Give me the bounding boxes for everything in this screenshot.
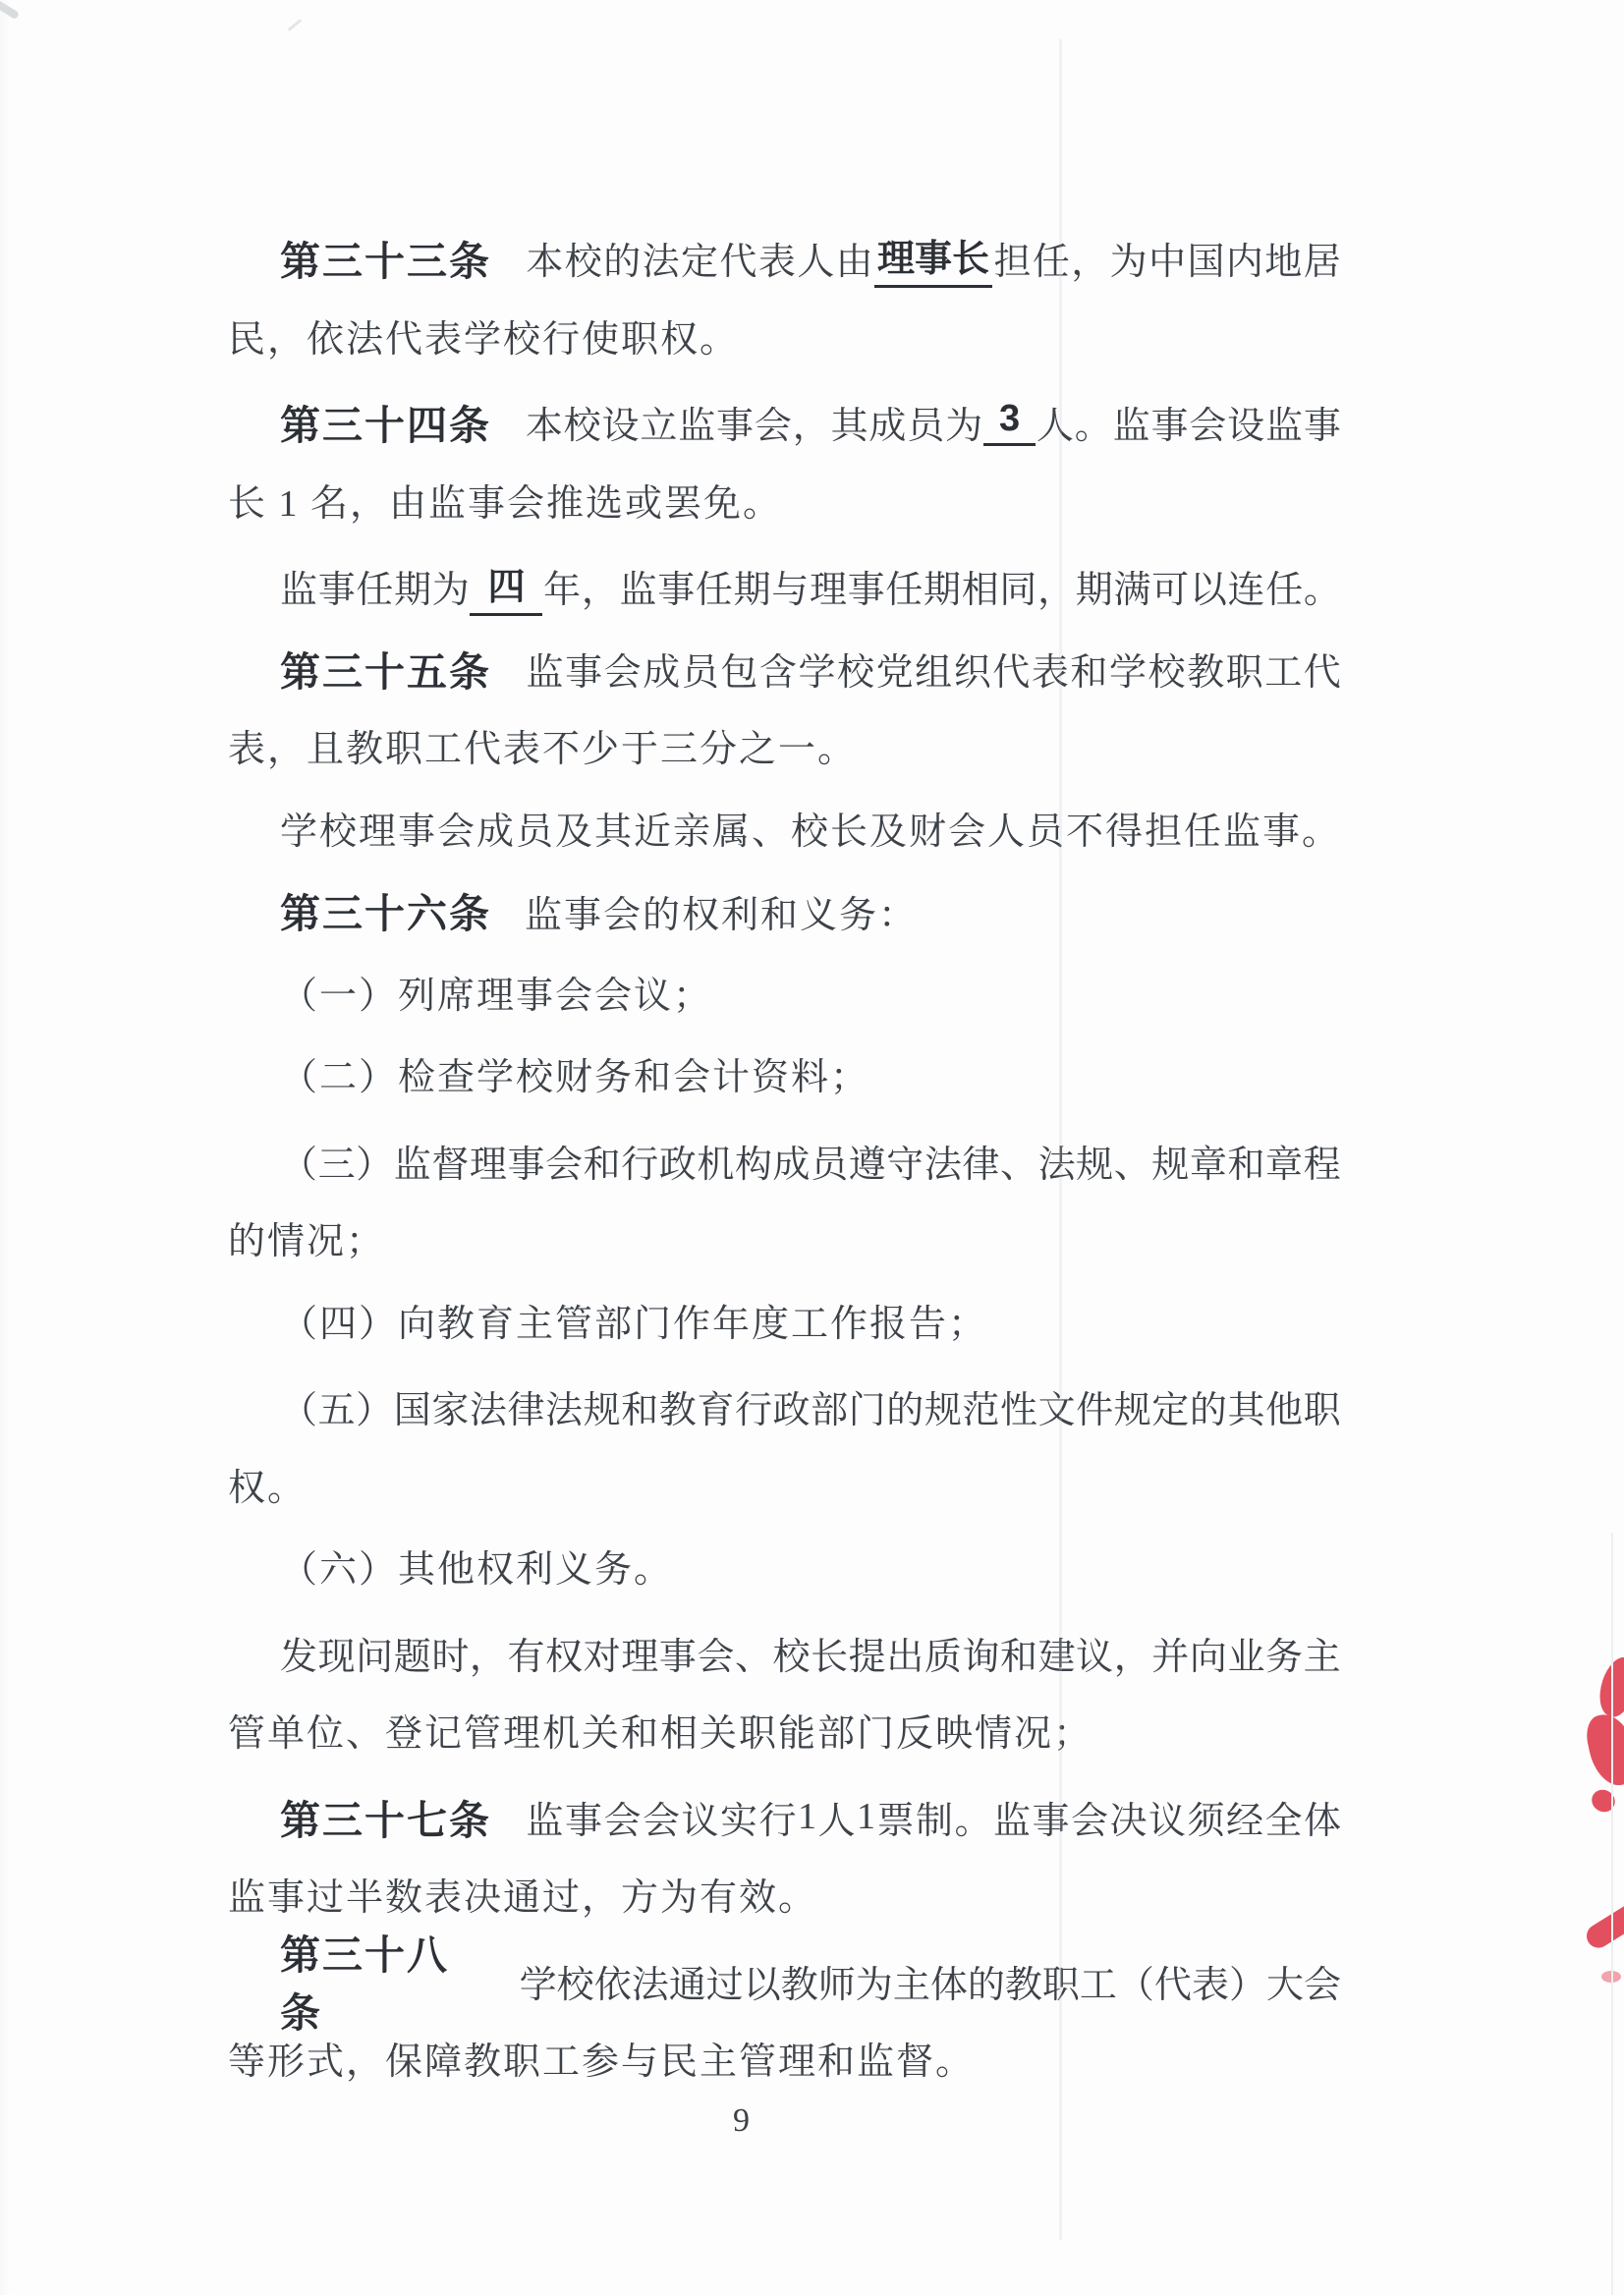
body-text: ） <box>356 1134 393 1188</box>
document-page: 第三十三条本校的法定代表人由理事长担任，为中国内地居民，依法代表学校行使职权。第… <box>0 0 1624 2295</box>
body-text: 监 <box>620 559 657 613</box>
body-text: 职 <box>1304 1379 1341 1433</box>
body-text: 其 <box>831 395 868 449</box>
body-text: 法 <box>1038 1134 1076 1188</box>
document-line: （三）监督理事会和行政机构成员遵守法律、法规、规章和章程 <box>228 1120 1341 1203</box>
body-text: 和 <box>621 1379 658 1433</box>
body-text: 。 <box>1304 559 1341 613</box>
body-text: 期 <box>394 559 431 613</box>
body-text: 法 <box>470 1379 507 1433</box>
body-text: 党 <box>876 642 914 696</box>
page-number: 9 <box>733 2102 750 2140</box>
body-text: 任 <box>356 559 393 613</box>
body-text: 事 <box>716 395 754 449</box>
body-text: ， <box>1037 559 1075 613</box>
body-text: 大 <box>1266 1954 1304 2008</box>
body-text: 期 <box>924 559 961 613</box>
body-text: 理 <box>810 559 847 613</box>
body-text: 。 <box>954 1790 991 1844</box>
body-text: 章 <box>1265 1134 1303 1188</box>
body-text: 可 <box>1151 559 1189 613</box>
document-line: 民，依法代表学校行使职权。 <box>228 300 1341 382</box>
body-text: 部 <box>811 1379 848 1433</box>
body-text: 学 <box>1109 642 1147 696</box>
body-text: 督 <box>431 1134 469 1188</box>
body-text: （ <box>280 1134 317 1188</box>
body-text: 会 <box>545 1134 583 1188</box>
body-text: 理 <box>470 1134 507 1188</box>
body-text: （四）向教育主管部门作年度工作报告； <box>280 1304 987 1345</box>
body-text: 、 <box>735 1626 772 1680</box>
body-text: 为 <box>1110 231 1148 285</box>
body-text: 国 <box>394 1379 431 1433</box>
body-text: 法 <box>545 1379 583 1433</box>
body-text: 程 <box>1304 1134 1341 1188</box>
body-text: 遵 <box>849 1134 886 1188</box>
body-text: 教 <box>1187 642 1224 696</box>
body-text: 表 <box>1032 642 1069 696</box>
body-text: 事 <box>318 559 356 613</box>
document-line: 权。 <box>228 1448 1341 1531</box>
article-number: 第三十七条 <box>280 1788 491 1846</box>
filled-in-value: 理事长 <box>874 228 992 288</box>
article-number: 第三十五条 <box>280 640 491 698</box>
body-text: 经 <box>1226 1790 1263 1844</box>
body-text: 议 <box>1076 1626 1113 1680</box>
body-text: 性 <box>1000 1379 1037 1433</box>
body-text: 1 <box>798 1795 816 1838</box>
body-text: 教 <box>1005 1954 1042 2008</box>
body-text: 担 <box>993 231 1031 285</box>
body-text: 为 <box>856 1954 893 2008</box>
body-text: 业 <box>1227 1626 1264 1680</box>
body-text: 票 <box>876 1790 914 1844</box>
body-text: 监事过半数表决通过，方为有效。 <box>228 1877 817 1919</box>
body-text: 以 <box>744 1954 781 2008</box>
body-text: 询 <box>962 1626 999 1680</box>
body-text: 民，依法代表学校行使职权。 <box>228 319 739 361</box>
body-text: 员 <box>907 395 944 449</box>
document-line: 第三十四条本校设立监事会，其成员为3人。监事会设监事 <box>228 381 1341 464</box>
body-text: 地 <box>1264 231 1302 285</box>
body-text: 三 <box>318 1134 356 1188</box>
body-text: 由 <box>836 231 873 285</box>
body-text: 任 <box>885 559 923 613</box>
body-text: 任 <box>1265 559 1303 613</box>
body-text: 议 <box>1148 1790 1186 1844</box>
body-text: 须 <box>1187 1790 1224 1844</box>
body-text: 守 <box>886 1134 924 1188</box>
body-text: 行 <box>735 1379 772 1433</box>
body-text: 教 <box>781 1954 818 2008</box>
body-text: （二）检查学校财务和会计资料； <box>280 1057 869 1098</box>
body-text: 成 <box>773 1134 811 1188</box>
body-text: 代 <box>1304 642 1341 696</box>
body-text: 为 <box>945 395 982 449</box>
body-text: ） <box>1229 1954 1266 2008</box>
body-text: 规 <box>1114 1379 1151 1433</box>
body-text: 事 <box>1150 395 1188 449</box>
body-text: 监 <box>678 395 715 449</box>
document-line: 的情况； <box>228 1202 1341 1284</box>
body-text: ， <box>1071 231 1108 285</box>
document-line: 第三十八条学校依法通过以教师为主体的教职工（代表）大会 <box>228 1940 1341 2023</box>
body-text: （ <box>1117 1954 1154 2008</box>
body-text: 和 <box>1000 1626 1037 1680</box>
body-text: 本 <box>526 231 563 285</box>
body-text: 国 <box>1187 231 1224 285</box>
document-line: 学校理事会成员及其近亲属、校长及财会人员不得担任监事。 <box>228 792 1341 874</box>
body-text: 表，且教职工代表不少于三分之一。 <box>228 729 857 770</box>
body-text: 师 <box>818 1954 856 2008</box>
scan-artifact-corner <box>0 0 20 20</box>
body-text: 时 <box>431 1626 469 1680</box>
body-text: 组 <box>915 642 952 696</box>
body-text: 构 <box>735 1134 772 1188</box>
body-text: 事 <box>1304 395 1341 449</box>
body-text: 政 <box>773 1379 811 1433</box>
body-text: 期 <box>1076 559 1113 613</box>
body-text: 体 <box>1304 1790 1341 1844</box>
body-text: 满 <box>1113 559 1150 613</box>
body-text: 监 <box>394 1134 431 1188</box>
body-text: 设 <box>1227 395 1264 449</box>
body-text: ， <box>582 559 619 613</box>
body-text: 员 <box>811 1134 848 1188</box>
document-line: （四）向教育主管部门作年度工作报告； <box>228 1284 1341 1367</box>
body-text: 中 <box>1148 231 1186 285</box>
article-number: 第三十四条 <box>280 393 491 451</box>
body-text: 监 <box>1265 395 1303 449</box>
body-text: 事 <box>657 559 695 613</box>
body-text: （一）列席理事会会议； <box>280 976 712 1017</box>
document-line: （六）其他权利义务。 <box>228 1530 1341 1612</box>
body-text: 教 <box>659 1379 697 1433</box>
body-text: 校 <box>773 1626 811 1680</box>
body-text: 长 1 名，由监事会推选或罢免。 <box>228 483 782 525</box>
body-text: 议 <box>681 1790 718 1844</box>
red-seal-fragment <box>1583 1709 1624 1790</box>
body-text: 过 <box>706 1954 744 2008</box>
body-text: 权。 <box>228 1468 307 1509</box>
body-text: 校 <box>557 1954 594 2008</box>
body-text: 和 <box>1070 642 1107 696</box>
body-text: 人 <box>1036 395 1074 449</box>
body-text: 校 <box>1148 642 1186 696</box>
body-text: 事 <box>565 1790 602 1844</box>
body-text: 制 <box>916 1790 953 1844</box>
body-text: 同 <box>999 559 1036 613</box>
body-text: 代 <box>992 642 1030 696</box>
body-text: 法 <box>643 231 680 285</box>
body-text: 规 <box>1076 1134 1113 1188</box>
body-text: 事 <box>1032 1790 1069 1844</box>
body-text: 、 <box>1000 1134 1037 1188</box>
body-text: 居 <box>1304 231 1341 285</box>
body-text: 其 <box>1227 1379 1264 1433</box>
body-text: 代 <box>1154 1954 1192 2008</box>
body-text: 监 <box>1113 395 1150 449</box>
body-text: 人 <box>797 231 834 285</box>
document-line: （五）国家法律法规和教育行政部门的规范性文件规定的其他职 <box>228 1366 1341 1448</box>
body-text: 会 <box>697 1626 734 1680</box>
body-text: 成 <box>643 642 680 696</box>
body-text: 质 <box>924 1626 962 1680</box>
body-text: 工 <box>1264 642 1302 696</box>
body-text: 等形式，保障教职工参与民主管理和监督。 <box>228 2042 975 2083</box>
body-text: 建 <box>1038 1626 1076 1680</box>
body-text: 监 <box>993 1790 1031 1844</box>
body-text: 现 <box>318 1626 356 1680</box>
body-text: 和 <box>1227 1134 1264 1188</box>
body-text: ， <box>470 1626 507 1680</box>
body-text: （六）其他权利义务。 <box>280 1549 673 1591</box>
body-text: 决 <box>1109 1790 1147 1844</box>
body-text: 提 <box>849 1626 886 1680</box>
body-text: 规 <box>584 1379 621 1433</box>
body-text: 法 <box>924 1134 962 1188</box>
body-text: 有 <box>507 1626 544 1680</box>
article-number: 第三十三条 <box>280 229 491 287</box>
body-text: 行 <box>621 1134 658 1188</box>
body-text: 务 <box>1265 1626 1303 1680</box>
body-text: 任 <box>696 559 733 613</box>
body-text: 范 <box>962 1379 999 1433</box>
body-text: 员 <box>682 642 719 696</box>
body-text: 监事会的权利和义务： <box>525 895 918 936</box>
body-text: 校 <box>564 395 601 449</box>
scan-artifact-smudge <box>288 19 302 31</box>
document-line: （一）列席理事会会议； <box>228 956 1341 1038</box>
body-text: 期 <box>734 559 771 613</box>
body-text: 学 <box>798 642 835 696</box>
body-text: 长 <box>811 1626 848 1680</box>
body-text: 件 <box>1076 1379 1113 1433</box>
body-text: 的 <box>1190 1379 1227 1433</box>
document-line: 第三十六条监事会的权利和义务： <box>228 873 1341 956</box>
body-text: 包 <box>720 642 757 696</box>
document-line: 第三十七条监事会会议实行1人1票制。监事会决议须经全体 <box>228 1776 1341 1859</box>
body-text: 通 <box>669 1954 706 2008</box>
body-text: 设 <box>602 395 640 449</box>
body-text: 表 <box>1192 1954 1229 2008</box>
body-text: 并 <box>1151 1626 1189 1680</box>
filled-in-value: 3 <box>983 398 1036 446</box>
body-text: 法 <box>632 1954 669 2008</box>
body-text: 相 <box>962 559 999 613</box>
body-text: 理 <box>621 1626 658 1680</box>
body-text: 年 <box>543 559 581 613</box>
body-text: 规 <box>1151 1134 1189 1188</box>
body-text: 他 <box>1265 1379 1303 1433</box>
body-text: 校 <box>565 231 602 285</box>
body-text: 会 <box>1189 395 1226 449</box>
document-body: 第三十三条本校的法定代表人由理事长担任，为中国内地居民，依法代表学校行使职权。第… <box>228 217 1341 2104</box>
body-text: 立 <box>640 395 677 449</box>
body-text: ， <box>793 395 830 449</box>
article-number: 第三十六条 <box>280 891 491 936</box>
document-line: 管单位、登记管理机关和相关职能部门反映情况； <box>228 1694 1341 1776</box>
body-text: 校 <box>837 642 874 696</box>
body-text: 事 <box>565 642 602 696</box>
body-text: 权 <box>545 1626 583 1680</box>
body-text: ， <box>1114 1626 1151 1680</box>
body-text: 会 <box>643 1790 680 1844</box>
body-text: 题 <box>394 1626 431 1680</box>
body-text: 职 <box>1226 642 1263 696</box>
document-line: （二）检查学校财务和会计资料； <box>228 1037 1341 1120</box>
body-text: 学 <box>520 1954 557 2008</box>
body-text: 。 <box>1075 395 1112 449</box>
body-text: 会 <box>603 1790 641 1844</box>
body-text: 监 <box>526 1790 563 1844</box>
body-text: 事 <box>507 1134 544 1188</box>
body-text: 为 <box>432 559 470 613</box>
body-text: 全 <box>1264 1790 1302 1844</box>
body-text: 本 <box>526 395 563 449</box>
body-text: 定 <box>681 231 718 285</box>
body-text: 、 <box>1114 1134 1151 1188</box>
body-text: 政 <box>659 1134 697 1188</box>
red-seal-fragment <box>1583 1899 1624 1952</box>
body-text: 会 <box>604 642 642 696</box>
body-text: 管单位、登记管理机关和相关职能部门反映情况； <box>228 1713 1092 1755</box>
document-line: 等形式，保障教职工参与民主管理和监督。 <box>228 2022 1341 2104</box>
body-text: 学校理事会成员及其近亲属、校长及财会人员不得担任监事。 <box>280 812 1341 853</box>
filled-in-value: 四 <box>470 556 542 616</box>
body-text: 成 <box>868 395 906 449</box>
body-text: 织 <box>954 642 991 696</box>
body-text: 发 <box>280 1626 317 1680</box>
body-text: 会 <box>1304 1954 1341 2008</box>
body-text: 对 <box>584 1626 621 1680</box>
body-text: 实 <box>720 1790 757 1844</box>
body-text: 主 <box>1304 1626 1341 1680</box>
body-text: 监 <box>280 559 317 613</box>
document-line: 第三十三条本校的法定代表人由理事长担任，为中国内地居 <box>228 217 1341 300</box>
body-text: 人 <box>817 1790 855 1844</box>
document-line: 长 1 名，由监事会推选或罢免。 <box>228 464 1341 546</box>
body-text: 的 <box>603 231 641 285</box>
body-text: 监 <box>527 642 564 696</box>
body-text: 门 <box>849 1379 886 1433</box>
body-text: 文 <box>1038 1379 1076 1433</box>
body-text: 代 <box>719 231 756 285</box>
body-text: 的情况； <box>228 1221 385 1262</box>
body-text: 1 <box>857 1795 875 1838</box>
body-text: 行 <box>758 1790 796 1844</box>
body-text: 含 <box>759 642 797 696</box>
body-text: 育 <box>697 1379 734 1433</box>
body-text: 律 <box>507 1379 544 1433</box>
document-line: 第三十五条监事会成员包含学校党组织代表和学校教职工代 <box>228 628 1341 710</box>
scan-artifact-streak <box>1059 39 1062 2240</box>
body-text: 依 <box>594 1954 632 2008</box>
body-text: 规 <box>924 1379 962 1433</box>
body-text: 主 <box>893 1954 930 2008</box>
body-text: 会 <box>755 395 792 449</box>
body-text: （ <box>280 1379 317 1433</box>
body-text: 向 <box>1190 1626 1227 1680</box>
body-text: 任 <box>1033 231 1070 285</box>
body-text: 的 <box>968 1954 1005 2008</box>
body-text: 定 <box>1151 1379 1189 1433</box>
body-text: 机 <box>697 1134 734 1188</box>
body-text: 连 <box>1228 559 1265 613</box>
body-text: 事 <box>659 1626 697 1680</box>
body-text: 内 <box>1226 231 1263 285</box>
body-text: 体 <box>930 1954 968 2008</box>
body-text: 工 <box>1080 1954 1117 2008</box>
document-line: 发现问题时，有权对理事会、校长提出质询和建议，并向业务主 <box>228 1612 1341 1695</box>
scan-artifact-paper-edge <box>1611 1533 1613 2295</box>
body-text: 与 <box>771 559 809 613</box>
body-text: 和 <box>584 1134 621 1188</box>
body-text: 律 <box>962 1134 999 1188</box>
red-seal-fragment <box>1593 1652 1624 1720</box>
body-text: ） <box>356 1379 393 1433</box>
body-text: 五 <box>318 1379 356 1433</box>
red-seal-fragment <box>1588 1785 1619 1816</box>
document-line: 监事任期为四年，监事任期与理事任期相同，期满可以连任。 <box>228 545 1341 628</box>
body-text: 出 <box>886 1626 924 1680</box>
body-text: 表 <box>758 231 796 285</box>
body-text: 家 <box>431 1379 469 1433</box>
document-line: 表，且教职工代表不少于三分之一。 <box>228 709 1341 792</box>
body-text: 问 <box>356 1626 393 1680</box>
body-text: 章 <box>1190 1134 1227 1188</box>
body-text: 会 <box>1071 1790 1108 1844</box>
body-text: 的 <box>886 1379 924 1433</box>
body-text: 事 <box>848 559 885 613</box>
body-text: 以 <box>1190 559 1227 613</box>
